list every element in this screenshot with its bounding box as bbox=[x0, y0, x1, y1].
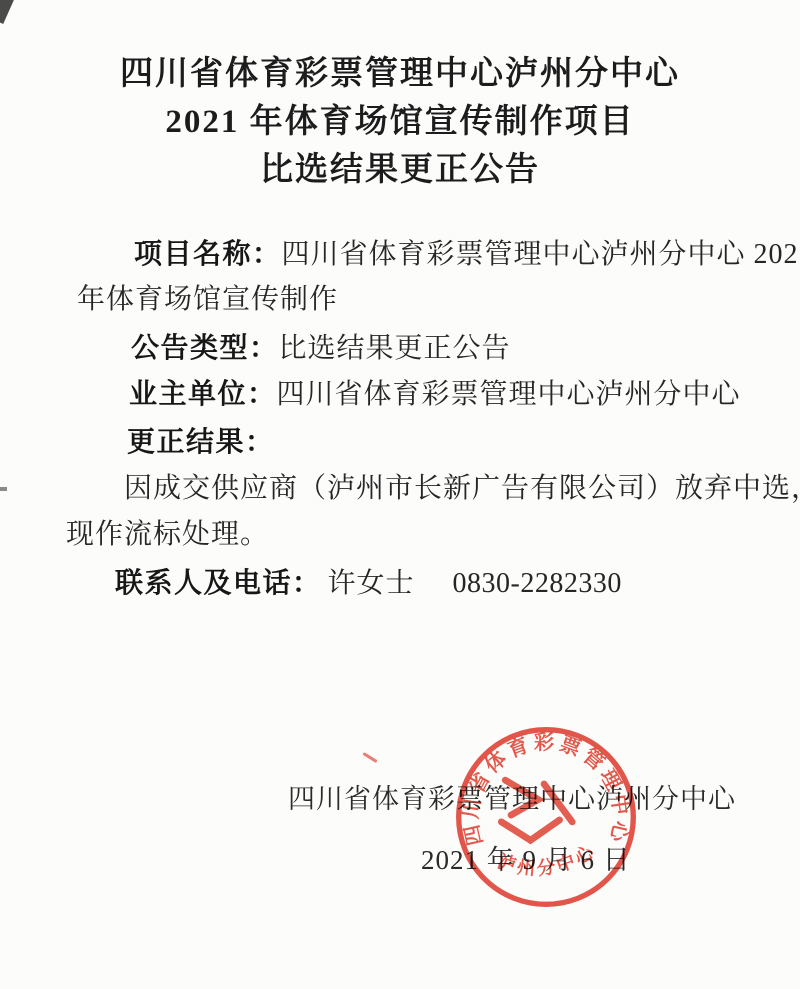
field-project-name-value: 四川省体育彩票管理中心泸州分中心 2021 bbox=[282, 239, 800, 270]
field-project-name-value-cont: 年体育场馆宣传制作 bbox=[77, 284, 338, 315]
field-owner-unit: 业主单位：四川省体育彩票管理中心泸州分中心 bbox=[129, 372, 741, 412]
stamp-bottom-text: 泸州分中心 bbox=[495, 840, 600, 879]
correction-paragraph-line-2: 现作流标处理。 bbox=[66, 512, 269, 552]
correction-paragraph-line-1: 因成交供应商（泸州市长新广告有限公司）放弃中选， bbox=[124, 466, 800, 506]
stamp-ink-smudge bbox=[362, 752, 377, 763]
field-contact: 联系人及电话：许女士0830-2282330 bbox=[115, 561, 622, 601]
field-project-name-label: 项目名称： bbox=[134, 239, 282, 270]
field-correction-result-label: 更正结果： bbox=[127, 427, 275, 458]
field-contact-label: 联系人及电话： bbox=[115, 568, 322, 599]
document-title: 四川省体育彩票管理中心泸州分中心 2021 年体育场馆宣传制作项目 比选结果更正… bbox=[0, 50, 800, 194]
scan-corner-artifact bbox=[0, 0, 15, 24]
stamp-center-logo bbox=[501, 780, 572, 840]
scan-edge-artifact bbox=[0, 487, 7, 491]
correction-text-1: 因成交供应商（泸州市长新广告有限公司）放弃中选， bbox=[124, 473, 800, 504]
contact-phone: 0830-2282330 bbox=[453, 568, 622, 599]
title-line-1: 四川省体育彩票管理中心泸州分中心 bbox=[0, 50, 800, 98]
official-seal-stamp: 四川省体育彩票管理中心 泸州分中心 bbox=[448, 720, 644, 914]
field-project-name-wrap: 年体育场馆宣传制作 bbox=[77, 277, 338, 317]
field-owner-unit-label: 业主单位： bbox=[129, 379, 277, 410]
field-project-name: 项目名称：四川省体育彩票管理中心泸州分中心 2021 bbox=[134, 232, 800, 272]
title-line-2: 2021 年体育场馆宣传制作项目 bbox=[0, 98, 800, 146]
svg-text:泸州分中心: 泸州分中心 bbox=[495, 840, 600, 879]
field-notice-type-value: 比选结果更正公告 bbox=[279, 333, 511, 364]
field-correction-result: 更正结果： bbox=[127, 420, 275, 460]
stamp-ring bbox=[459, 730, 634, 905]
scanned-notice-page: 四川省体育彩票管理中心泸州分中心 2021 年体育场馆宣传制作项目 比选结果更正… bbox=[0, 0, 800, 989]
title-line-3: 比选结果更正公告 bbox=[0, 146, 800, 194]
correction-text-2: 现作流标处理。 bbox=[66, 519, 269, 550]
field-owner-unit-value: 四川省体育彩票管理中心泸州分中心 bbox=[277, 379, 741, 410]
field-notice-type-label: 公告类型： bbox=[131, 333, 279, 364]
field-notice-type: 公告类型：比选结果更正公告 bbox=[131, 326, 511, 366]
contact-person: 许女士 bbox=[328, 568, 415, 599]
